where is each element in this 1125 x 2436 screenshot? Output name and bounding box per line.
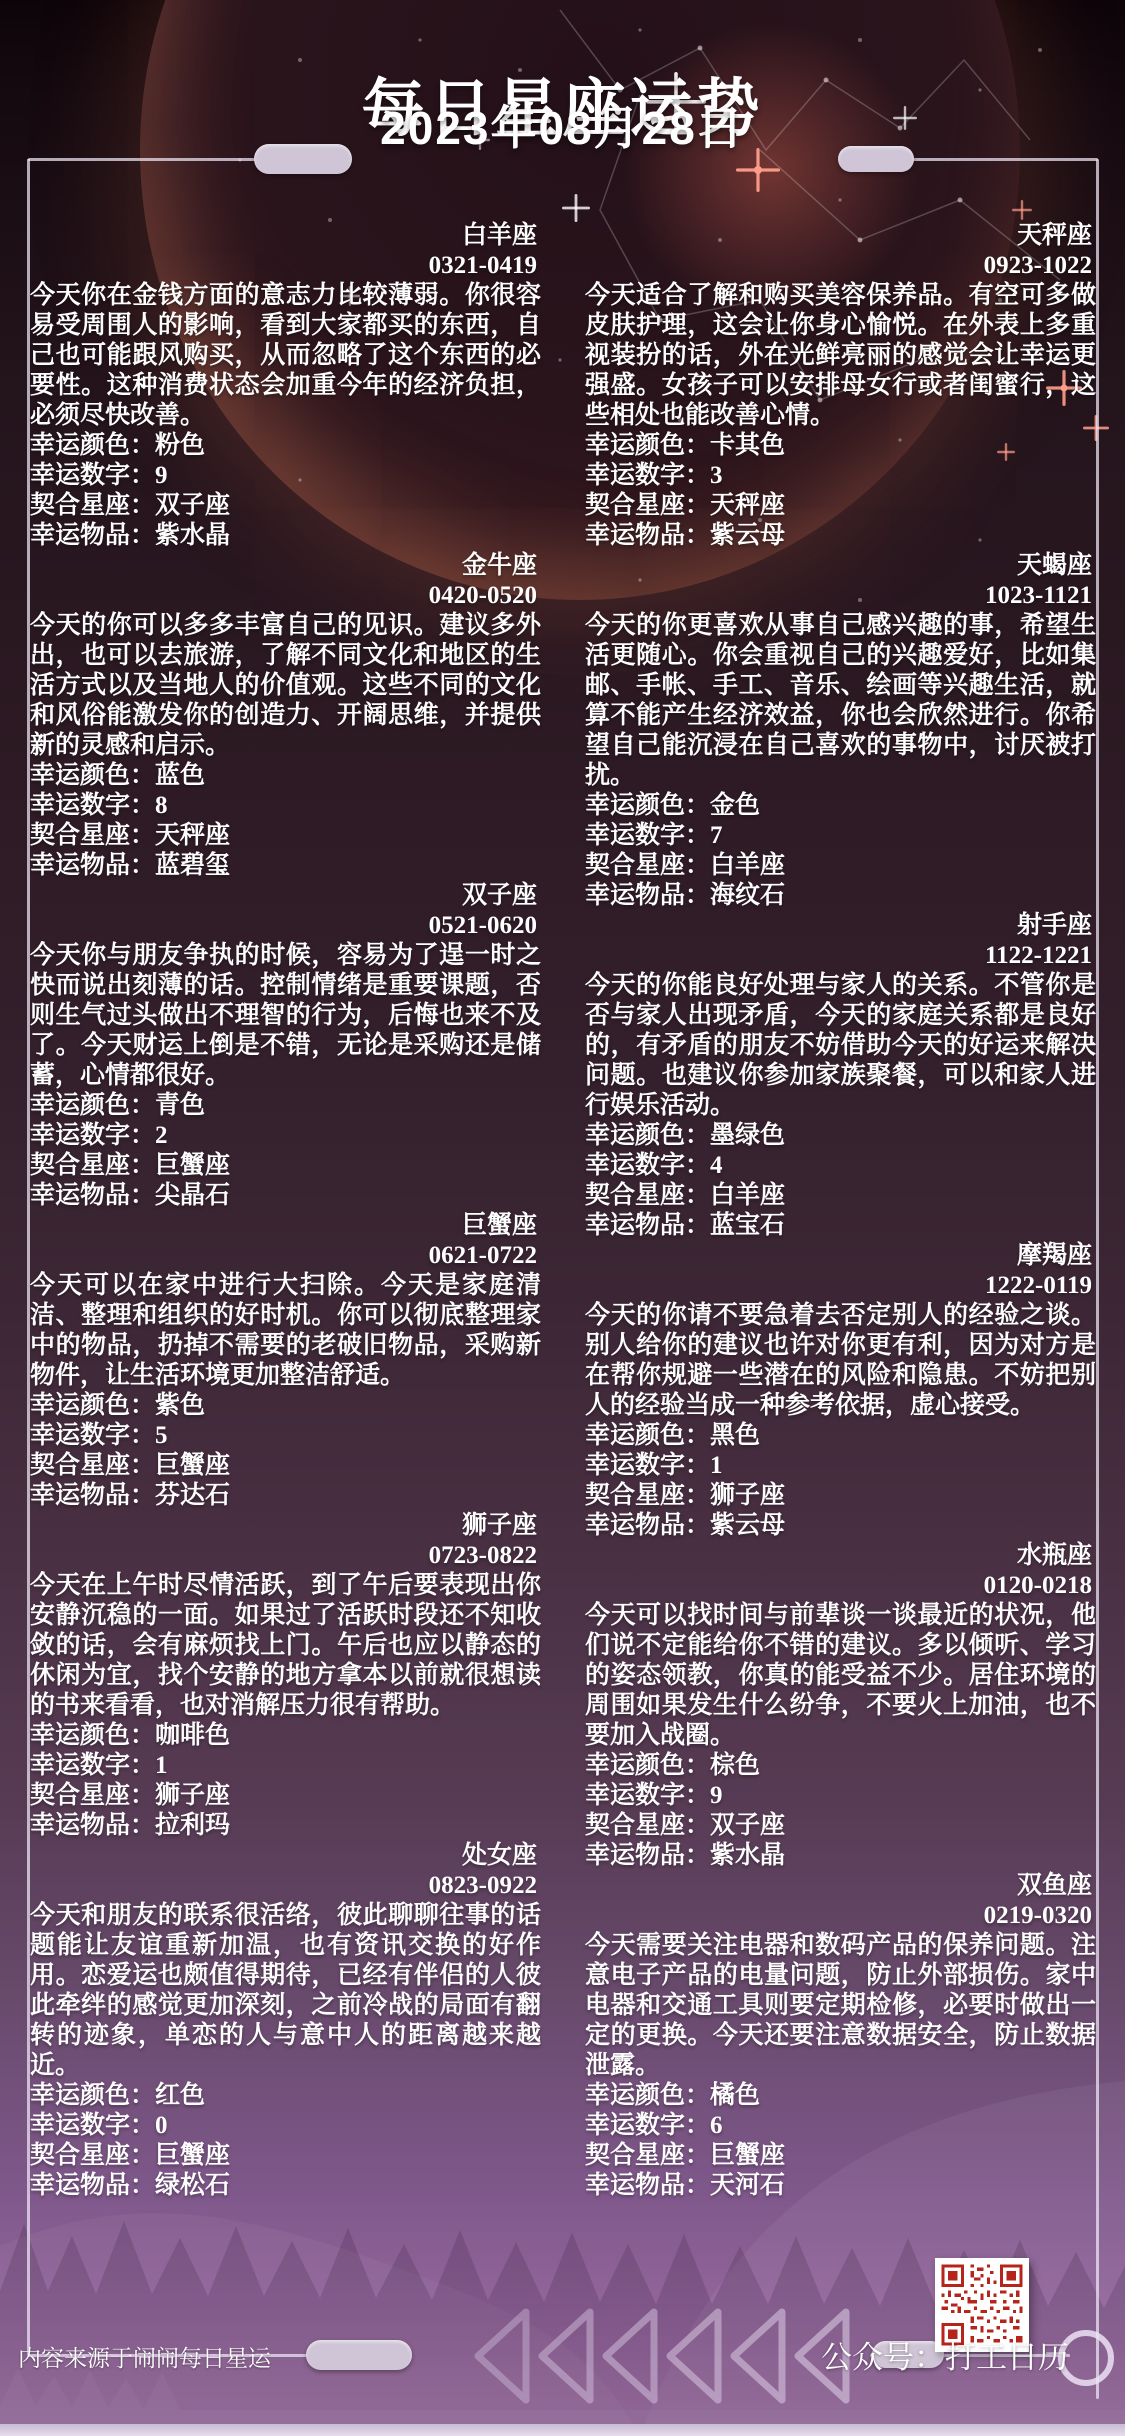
match-sign-label: 契合星座： [30, 822, 155, 849]
lucky-number-line: 幸运数字：0 [30, 2111, 541, 2141]
lucky-item-label: 幸运物品： [585, 1212, 710, 1239]
lucky-color-value: 橘色 [710, 2082, 760, 2109]
lucky-number-value: 1 [155, 1752, 168, 1779]
match-sign-value: 巨蟹座 [155, 1152, 230, 1179]
lucky-item-line: 幸运物品：天河石 [585, 2171, 1096, 2201]
frame-line-right [1096, 159, 1099, 2399]
match-sign-line: 契合星座：天秤座 [30, 821, 541, 851]
lucky-color-line: 幸运颜色：咖啡色 [30, 1721, 541, 1751]
lucky-item-value: 蓝碧玺 [155, 852, 230, 879]
lucky-item-label: 幸运物品： [585, 1512, 710, 1539]
match-sign-line: 契合星座：白羊座 [585, 851, 1096, 881]
lucky-item-line: 幸运物品：芬达石 [30, 1481, 541, 1511]
lucky-item-line: 幸运物品：紫水晶 [585, 1841, 1096, 1871]
match-sign-label: 契合星座： [30, 492, 155, 519]
lucky-color-value: 黑色 [710, 1422, 760, 1449]
bottom-strip-decoration [0, 2424, 1125, 2436]
match-sign-value: 巨蟹座 [155, 2142, 230, 2169]
lucky-number-label: 幸运数字： [585, 2112, 710, 2139]
match-sign-line: 契合星座：巨蟹座 [30, 1151, 541, 1181]
lucky-color-line: 幸运颜色：黑色 [585, 1421, 1096, 1451]
lucky-number-line: 幸运数字：9 [30, 461, 541, 491]
lucky-number-label: 幸运数字： [585, 822, 710, 849]
match-sign-value: 天秤座 [155, 822, 230, 849]
sign-date-range: 0923-1022 [585, 251, 1096, 281]
sign-name: 天蝎座 [585, 551, 1096, 581]
rewind-triangles-decoration [470, 2302, 870, 2412]
sign-section-pisces: 双鱼座 0219-0320 今天需要关注电器和数码产品的保养问题。注意电子产品的… [585, 1871, 1096, 2201]
lucky-item-label: 幸运物品： [30, 2172, 155, 2199]
lucky-color-line: 幸运颜色：卡其色 [585, 431, 1096, 461]
sign-section-libra: 天秤座 0923-1022 今天适合了解和购买美容保养品。有空可多做皮肤护理，这… [585, 221, 1096, 551]
lucky-number-value: 2 [155, 1122, 168, 1149]
lucky-color-value: 棕色 [710, 1752, 760, 1779]
lucky-number-line: 幸运数字：9 [585, 1781, 1096, 1811]
sign-section-sagittarius: 射手座 1122-1221 今天的你能良好处理与家人的关系。不管你是否与家人出现… [585, 911, 1096, 1241]
lucky-color-value: 卡其色 [710, 432, 785, 459]
lucky-color-value: 金色 [710, 792, 760, 819]
lucky-number-value: 5 [155, 1422, 168, 1449]
match-sign-label: 契合星座： [585, 1182, 710, 1209]
frame-capsule-bottom-left [306, 2340, 412, 2370]
horoscope-columns: 白羊座 0321-0419 今天你在金钱方面的意志力比较薄弱。你很容易受周围人的… [30, 221, 1096, 2201]
lucky-item-line: 幸运物品：拉利玛 [30, 1811, 541, 1841]
lucky-color-label: 幸运颜色： [585, 2082, 710, 2109]
lucky-color-line: 幸运颜色：橘色 [585, 2081, 1096, 2111]
match-sign-value: 天秤座 [710, 492, 785, 519]
lucky-number-line: 幸运数字：8 [30, 791, 541, 821]
sign-description: 今天的你可以多多丰富自己的见识。建议多外出，也可以去旅游，了解不同文化和地区的生… [30, 611, 541, 761]
lucky-item-label: 幸运物品： [30, 1812, 155, 1839]
match-sign-label: 契合星座： [585, 2142, 710, 2169]
lucky-color-line: 幸运颜色：墨绿色 [585, 1121, 1096, 1151]
match-sign-value: 双子座 [710, 1812, 785, 1839]
sign-date-range: 0420-0520 [30, 581, 541, 611]
lucky-item-label: 幸运物品： [30, 1482, 155, 1509]
sign-name: 白羊座 [30, 221, 541, 251]
sign-description: 今天的你能良好处理与家人的关系。不管你是否与家人出现矛盾，今天的家庭关系都是良好… [585, 971, 1096, 1121]
lucky-number-value: 4 [710, 1152, 723, 1179]
lucky-color-line: 幸运颜色：紫色 [30, 1391, 541, 1421]
lucky-color-value: 粉色 [155, 432, 205, 459]
match-sign-line: 契合星座：狮子座 [585, 1481, 1096, 1511]
lucky-number-line: 幸运数字：7 [585, 821, 1096, 851]
sign-date-range: 0723-0822 [30, 1541, 541, 1571]
match-sign-line: 契合星座：白羊座 [585, 1181, 1096, 1211]
match-sign-line: 契合星座：双子座 [30, 491, 541, 521]
match-sign-label: 契合星座： [30, 2142, 155, 2169]
sign-date-range: 0521-0620 [30, 911, 541, 941]
horoscope-column-right: 天秤座 0923-1022 今天适合了解和购买美容保养品。有空可多做皮肤护理，这… [585, 221, 1096, 2201]
lucky-item-value: 海纹石 [710, 882, 785, 909]
sign-name: 摩羯座 [585, 1241, 1096, 1271]
lucky-number-label: 幸运数字： [30, 1752, 155, 1779]
lucky-number-value: 9 [710, 1782, 723, 1809]
match-sign-label: 契合星座： [585, 852, 710, 879]
lucky-number-label: 幸运数字： [30, 462, 155, 489]
lucky-color-label: 幸运颜色： [585, 1422, 710, 1449]
sign-date-range: 0321-0419 [30, 251, 541, 281]
lucky-number-label: 幸运数字： [585, 1452, 710, 1479]
match-sign-value: 白羊座 [710, 1182, 785, 1209]
lucky-item-line: 幸运物品：紫水晶 [30, 521, 541, 551]
lucky-number-label: 幸运数字： [30, 1422, 155, 1449]
sign-description: 今天需要关注电器和数码产品的保养问题。注意电子产品的电量问题，防止外部损伤。家中… [585, 1931, 1096, 2081]
lucky-item-value: 紫云母 [710, 522, 785, 549]
match-sign-line: 契合星座：巨蟹座 [30, 1451, 541, 1481]
lucky-number-value: 3 [710, 462, 723, 489]
lucky-number-label: 幸运数字： [585, 1152, 710, 1179]
sign-date-range: 0120-0218 [585, 1571, 1096, 1601]
lucky-color-label: 幸运颜色： [30, 432, 155, 459]
match-sign-line: 契合星座：狮子座 [30, 1781, 541, 1811]
lucky-color-value: 咖啡色 [155, 1722, 230, 1749]
sign-section-capricorn: 摩羯座 1222-0119 今天的你请不要急着去否定别人的经验之谈。别人给你的建… [585, 1241, 1096, 1541]
lucky-color-value: 青色 [155, 1092, 205, 1119]
match-sign-value: 狮子座 [710, 1482, 785, 1509]
sign-date-range: 1122-1221 [585, 941, 1096, 971]
match-sign-label: 契合星座： [585, 1812, 710, 1839]
match-sign-value: 白羊座 [710, 852, 785, 879]
sign-description: 今天适合了解和购买美容保养品。有空可多做皮肤护理，这会让你身心愉悦。在外表上多重… [585, 281, 1096, 431]
sign-name: 狮子座 [30, 1511, 541, 1541]
lucky-number-label: 幸运数字： [585, 462, 710, 489]
sign-name: 射手座 [585, 911, 1096, 941]
sign-date-range: 0823-0922 [30, 1871, 541, 1901]
lucky-item-label: 幸运物品： [30, 522, 155, 549]
sign-description: 今天的你请不要急着去否定别人的经验之谈。别人给你的建议也许对你更有利，因为对方是… [585, 1301, 1096, 1421]
lucky-number-line: 幸运数字：1 [30, 1751, 541, 1781]
sign-date-range: 1023-1121 [585, 581, 1096, 611]
page-date: 2023年08月28日 [0, 92, 1125, 158]
lucky-number-label: 幸运数字： [30, 2112, 155, 2139]
match-sign-label: 契合星座： [585, 1482, 710, 1509]
lucky-color-value: 红色 [155, 2082, 205, 2109]
sign-description: 今天可以在家中进行大扫除。今天是家庭清洁、整理和组织的好时机。你可以彻底整理家中… [30, 1271, 541, 1391]
sign-name: 巨蟹座 [30, 1211, 541, 1241]
lucky-item-label: 幸运物品： [30, 852, 155, 879]
lucky-number-value: 7 [710, 822, 723, 849]
lucky-item-value: 紫水晶 [710, 1842, 785, 1869]
official-account-credit: 公众号：打工日历 [821, 2332, 1069, 2377]
sign-name: 双鱼座 [585, 1871, 1096, 1901]
lucky-color-label: 幸运颜色： [585, 1122, 710, 1149]
match-sign-line: 契合星座：天秤座 [585, 491, 1096, 521]
lucky-color-line: 幸运颜色：棕色 [585, 1751, 1096, 1781]
lucky-number-line: 幸运数字：2 [30, 1121, 541, 1151]
sign-name: 处女座 [30, 1841, 541, 1871]
lucky-item-label: 幸运物品： [585, 522, 710, 549]
frame-line-top-left [28, 158, 256, 161]
match-sign-line: 契合星座：巨蟹座 [585, 2141, 1096, 2171]
lucky-item-value: 拉利玛 [155, 1812, 230, 1839]
lucky-color-line: 幸运颜色：金色 [585, 791, 1096, 821]
lucky-color-line: 幸运颜色：红色 [30, 2081, 541, 2111]
lucky-color-value: 墨绿色 [710, 1122, 785, 1149]
lucky-item-line: 幸运物品：绿松石 [30, 2171, 541, 2201]
sign-name: 天秤座 [585, 221, 1096, 251]
lucky-item-line: 幸运物品：蓝碧玺 [30, 851, 541, 881]
sign-description: 今天可以找时间与前辈谈一谈最近的状况，他们说不定能给你不错的建议。多以倾听、学习… [585, 1601, 1096, 1751]
match-sign-line: 契合星座：双子座 [585, 1811, 1096, 1841]
lucky-color-line: 幸运颜色：粉色 [30, 431, 541, 461]
lucky-item-value: 紫云母 [710, 1512, 785, 1539]
match-sign-value: 巨蟹座 [710, 2142, 785, 2169]
lucky-item-label: 幸运物品： [30, 1182, 155, 1209]
sign-section-leo: 狮子座 0723-0822 今天在上午时尽情活跃，到了午后要表现出你安静沉稳的一… [30, 1511, 541, 1841]
sign-name: 水瓶座 [585, 1541, 1096, 1571]
sign-name: 双子座 [30, 881, 541, 911]
lucky-number-label: 幸运数字： [585, 1782, 710, 1809]
sign-description: 今天你与朋友争执的时候，容易为了逞一时之快而说出刻薄的话。控制情绪是重要课题，否… [30, 941, 541, 1091]
lucky-item-value: 天河石 [710, 2172, 785, 2199]
sign-section-taurus: 金牛座 0420-0520 今天的你可以多多丰富自己的见识。建议多外出，也可以去… [30, 551, 541, 881]
lucky-item-line: 幸运物品：海纹石 [585, 881, 1096, 911]
sign-section-aries: 白羊座 0321-0419 今天你在金钱方面的意志力比较薄弱。你很容易受周围人的… [30, 221, 541, 551]
lucky-number-line: 幸运数字：6 [585, 2111, 1096, 2141]
lucky-color-label: 幸运颜色： [585, 1752, 710, 1779]
sign-section-gemini: 双子座 0521-0620 今天你与朋友争执的时候，容易为了逞一时之快而说出刻薄… [30, 881, 541, 1211]
lucky-color-label: 幸运颜色： [30, 762, 155, 789]
match-sign-value: 巨蟹座 [155, 1452, 230, 1479]
lucky-color-label: 幸运颜色： [585, 432, 710, 459]
lucky-item-value: 芬达石 [155, 1482, 230, 1509]
lucky-item-label: 幸运物品： [585, 2172, 710, 2199]
sign-section-virgo: 处女座 0823-0922 今天和朋友的联系很活络，彼此聊聊往事的话题能让友谊重… [30, 1841, 541, 2201]
sign-description: 今天你在金钱方面的意志力比较薄弱。你很容易受周围人的影响，看到大家都买的东西，自… [30, 281, 541, 431]
match-sign-line: 契合星座：巨蟹座 [30, 2141, 541, 2171]
lucky-number-value: 0 [155, 2112, 168, 2139]
lucky-number-line: 幸运数字：4 [585, 1151, 1096, 1181]
lucky-number-label: 幸运数字： [30, 1122, 155, 1149]
sign-section-aquarius: 水瓶座 0120-0218 今天可以找时间与前辈谈一谈最近的状况，他们说不定能给… [585, 1541, 1096, 1871]
lucky-number-value: 9 [155, 462, 168, 489]
lucky-color-line: 幸运颜色：青色 [30, 1091, 541, 1121]
match-sign-value: 双子座 [155, 492, 230, 519]
lucky-number-line: 幸运数字：3 [585, 461, 1096, 491]
lucky-color-label: 幸运颜色： [585, 792, 710, 819]
frame-line-top-right [912, 158, 1098, 161]
sign-section-cancer: 巨蟹座 0621-0722 今天可以在家中进行大扫除。今天是家庭清洁、整理和组织… [30, 1211, 541, 1511]
match-sign-label: 契合星座： [585, 492, 710, 519]
lucky-item-value: 绿松石 [155, 2172, 230, 2199]
lucky-number-value: 6 [710, 2112, 723, 2139]
lucky-item-line: 幸运物品：蓝宝石 [585, 1211, 1096, 1241]
sign-description: 今天和朋友的联系很活络，彼此聊聊往事的话题能让友谊重新加温，也有资讯交换的好作用… [30, 1901, 541, 2081]
lucky-number-line: 幸运数字：1 [585, 1451, 1096, 1481]
lucky-item-line: 幸运物品：尖晶石 [30, 1181, 541, 1211]
lucky-number-value: 8 [155, 792, 168, 819]
sign-name: 金牛座 [30, 551, 541, 581]
lucky-color-line: 幸运颜色：蓝色 [30, 761, 541, 791]
match-sign-label: 契合星座： [30, 1452, 155, 1479]
lucky-color-value: 紫色 [155, 1392, 205, 1419]
sign-date-range: 1222-0119 [585, 1271, 1096, 1301]
match-sign-label: 契合星座： [30, 1152, 155, 1179]
match-sign-value: 狮子座 [155, 1782, 230, 1809]
lucky-item-line: 幸运物品：紫云母 [585, 1511, 1096, 1541]
lucky-item-line: 幸运物品：紫云母 [585, 521, 1096, 551]
lucky-color-label: 幸运颜色： [30, 1392, 155, 1419]
sign-date-range: 0621-0722 [30, 1241, 541, 1271]
lucky-color-value: 蓝色 [155, 762, 205, 789]
lucky-number-value: 1 [710, 1452, 723, 1479]
lucky-item-value: 蓝宝石 [710, 1212, 785, 1239]
sign-date-range: 0219-0320 [585, 1901, 1096, 1931]
lucky-color-label: 幸运颜色： [30, 1722, 155, 1749]
lucky-item-label: 幸运物品： [585, 882, 710, 909]
lucky-item-value: 紫水晶 [155, 522, 230, 549]
horoscope-column-left: 白羊座 0321-0419 今天你在金钱方面的意志力比较薄弱。你很容易受周围人的… [30, 221, 541, 2201]
sign-section-scorpio: 天蝎座 1023-1121 今天的你更喜欢从事自己感兴趣的事，希望生活更随心。你… [585, 551, 1096, 911]
lucky-item-value: 尖晶石 [155, 1182, 230, 1209]
lucky-color-label: 幸运颜色： [30, 2082, 155, 2109]
sign-description: 今天的你更喜欢从事自己感兴趣的事，希望生活更随心。你会重视自己的兴趣爱好，比如集… [585, 611, 1096, 791]
lucky-number-line: 幸运数字：5 [30, 1421, 541, 1451]
lucky-number-label: 幸运数字： [30, 792, 155, 819]
lucky-color-label: 幸运颜色： [30, 1092, 155, 1119]
content-source-credit: 内容来源于闹闹每日星运 [18, 2340, 271, 2373]
lucky-item-label: 幸运物品： [585, 1842, 710, 1869]
sign-description: 今天在上午时尽情活跃，到了午后要表现出你安静沉稳的一面。如果过了活跃时段还不知收… [30, 1571, 541, 1721]
match-sign-label: 契合星座： [30, 1782, 155, 1809]
